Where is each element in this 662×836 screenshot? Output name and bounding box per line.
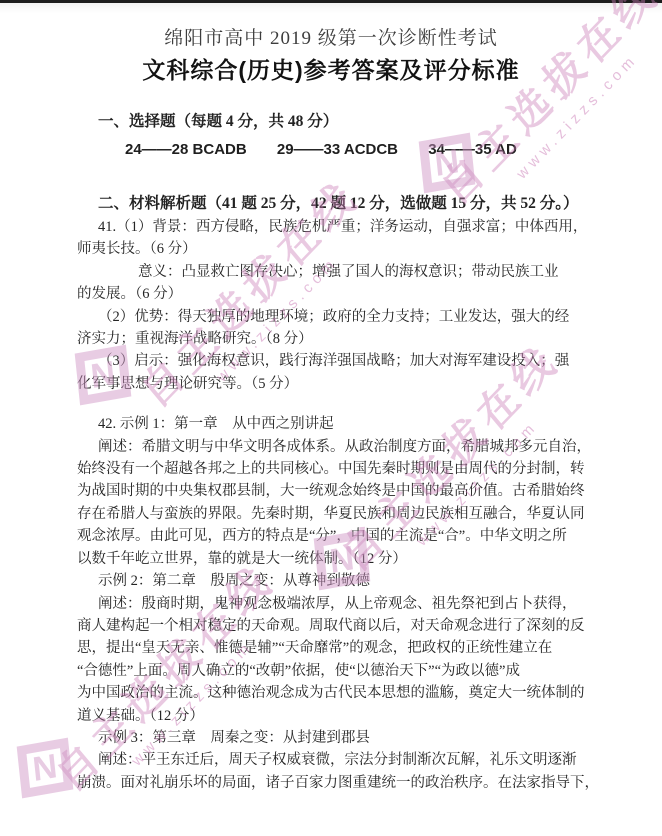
- text-line: 为战国时期的中央集权郡县制，大一统观念始终是中国的最高价值。古希腊始终: [77, 480, 577, 502]
- text-line: 始终没有一个超越各邦之上的共同核心。中国先秦时期则是由周代的分封制，转: [77, 458, 577, 480]
- text-line: 存在希腊人与蛮族的界限。先秦时期，华夏民族和周边民族相互融合，华夏认同: [77, 503, 577, 525]
- text-line: 42. 示例 1：第一章 从中西之别讲起: [77, 413, 577, 435]
- section-material-heading: 二、材料解析题（41 题 25 分，42 题 12 分，选做题 15 分，共 5…: [77, 194, 577, 214]
- text-line: 思，提出“皇天无亲、惟德是辅”“天命靡常”的观念，把政权的正统性建立在: [77, 637, 577, 659]
- top-shade: [0, 3, 662, 13]
- text-line: 41.（1）背景：西方侵略，民族危机严重；洋务运动，自强求富；中体西用，: [77, 216, 577, 238]
- section-choice-heading: 一、选择题（每题 4 分，共 48 分）: [77, 112, 577, 132]
- text-line: 阐述：平王东迁后，周天子权威衰微，宗法分封制渐次瓦解，礼乐文明逐渐: [77, 749, 577, 771]
- choice-answers-line: 24——28 BCADB 29——33 ACDCB 34——35 AD: [77, 141, 577, 159]
- text-line: 示例 3：第三章 周秦之变：从封建到郡县: [77, 727, 577, 749]
- text-line: 化军事思想与理论研究等。（5 分）: [77, 373, 577, 395]
- text-line: （2）优势：得天独厚的地理环境；政府的全力支持；工业发达，强大的经: [77, 306, 577, 328]
- document-page: 绵阳市高中 2019 级第一次诊断性考试 文科综合(历史)参考答案及评分标准 一…: [0, 0, 662, 836]
- exam-title: 绵阳市高中 2019 级第一次诊断性考试: [0, 27, 662, 51]
- text-line: 道义基础。（12 分）: [77, 705, 577, 727]
- question-41-answer: 41.（1）背景：西方侵略，民族危机严重；洋务运动，自强求富；中体西用， 师夷长…: [77, 216, 577, 395]
- text-line: 示例 2：第二章 殷周之变：从尊神到敬德: [77, 570, 577, 592]
- document-body: 一、选择题（每题 4 分，共 48 分） 24——28 BCADB 29——33…: [0, 112, 662, 794]
- text-line: 观念浓厚。由此可见，西方的特点是“分”，中国的主流是“合”。中华文明之所: [77, 525, 577, 547]
- text-line: 以数千年屹立世界，靠的就是大一统体制。（12 分）: [77, 548, 577, 570]
- text-line: （3）启示：强化海权意识，践行海洋强国战略；加大对海军建设投入；强: [77, 350, 577, 372]
- text-line: 为中国政治的主流。这种德治观念成为古代民本思想的滥觞，奠定大一统体制的: [77, 682, 577, 704]
- text-line: 意义：凸显救亡图存决心；增强了国人的海权意识；带动民族工业: [77, 261, 577, 283]
- subject-title: 文科综合(历史)参考答案及评分标准: [0, 55, 662, 85]
- answer-group-24-28: 24——28 BCADB: [125, 141, 247, 158]
- text-line: 商人建构起一个相对稳定的天命观。周取代商以后，对天命观念进行了深刻的反: [77, 615, 577, 637]
- text-line: 阐述：殷商时期，鬼神观念极端浓厚，从上帝观念、祖先祭祀到占卜获得，: [77, 593, 577, 615]
- answer-group-29-33: 29——33 ACDCB: [277, 141, 398, 158]
- text-line: 阐述：希腊文明与中华文明各成体系。从政治制度方面，希腊城邦多元自治，: [77, 436, 577, 458]
- text-line: 师夷长技。（6 分）: [77, 238, 577, 260]
- text-line: 济实力；重视海洋战略研究。（8 分）: [77, 328, 577, 350]
- answer-group-34-35: 34——35 AD: [428, 141, 517, 158]
- text-line: “合德性”上面。周人确立的“改朝”依据，使“以德治天下”“为政以德”成: [77, 660, 577, 682]
- text-line: 的发展。（6 分）: [77, 283, 577, 305]
- text-line: 崩溃。面对礼崩乐坏的局面，诸子百家力图重建统一的政治秩序。在法家指导下，: [77, 772, 577, 794]
- question-42-answer: 42. 示例 1：第一章 从中西之别讲起 阐述：希腊文明与中华文明各成体系。从政…: [77, 413, 577, 794]
